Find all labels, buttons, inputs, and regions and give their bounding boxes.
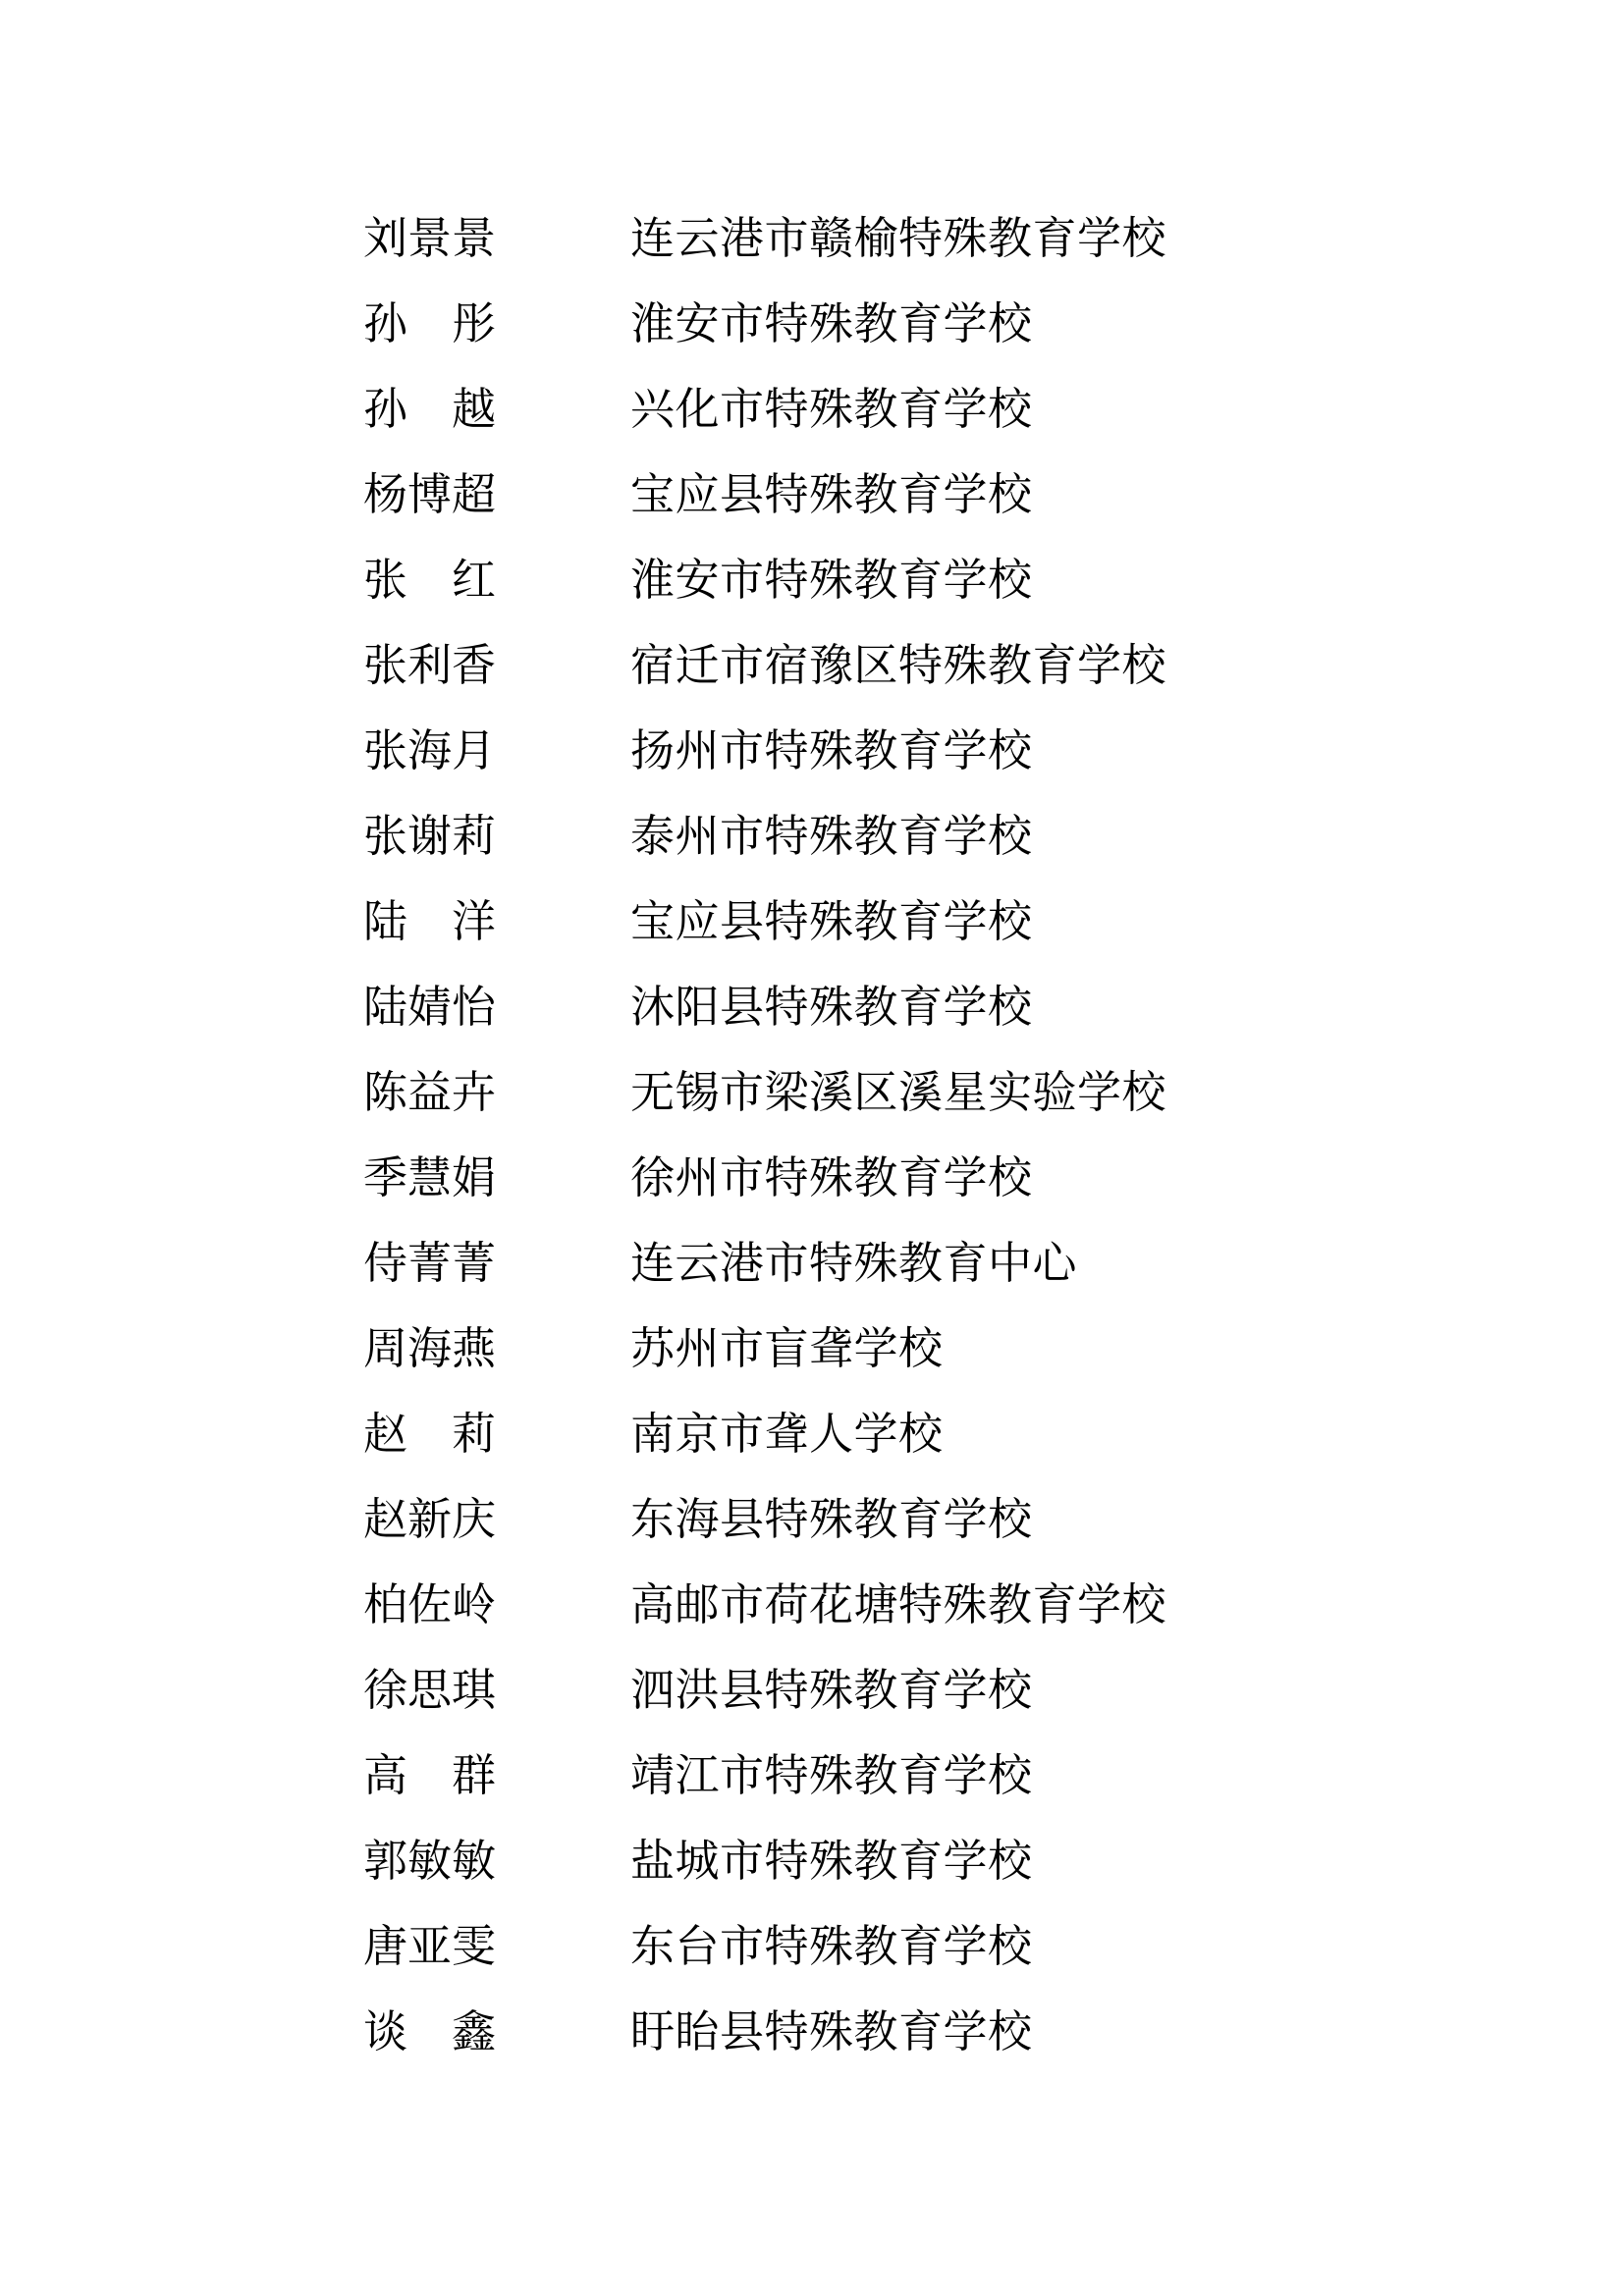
name-character: 佐 (407, 1563, 452, 1648)
name-character: 高 (363, 1734, 407, 1819)
name-character: 月 (452, 709, 496, 794)
name-character: 张 (363, 794, 407, 880)
person-name: 陆婧怡 (363, 965, 496, 1050)
person-name: 侍菁菁 (363, 1221, 496, 1307)
school-name: 南京市聋人学校 (630, 1392, 944, 1477)
name-character: 海 (407, 1307, 452, 1392)
document-page: 刘景景连云港市赣榆特殊教育学校孙彤淮安市特殊教育学校孙越兴化市特殊教育学校杨博超… (0, 0, 1624, 2296)
school-name: 沐阳县特殊教育学校 (630, 965, 1033, 1050)
table-row: 张海月扬州市特殊教育学校 (363, 709, 1166, 794)
person-name: 柏佐岭 (363, 1563, 496, 1648)
school-name: 东海县特殊教育学校 (630, 1477, 1033, 1563)
name-character: 赵 (363, 1392, 407, 1477)
table-row: 孙越兴化市特殊教育学校 (363, 367, 1166, 453)
name-character: 岭 (452, 1563, 496, 1648)
table-row: 郭敏敏盐城市特殊教育学校 (363, 1819, 1166, 1904)
table-row: 陆婧怡沐阳县特殊教育学校 (363, 965, 1166, 1050)
name-character: 杨 (363, 453, 407, 538)
name-character: 菁 (452, 1221, 496, 1307)
person-name: 谈鑫 (363, 1990, 496, 2075)
person-name: 孙彤 (363, 282, 496, 367)
name-character: 柏 (363, 1563, 407, 1648)
school-name: 宿迁市宿豫区特殊教育学校 (630, 623, 1166, 709)
name-character: 郭 (363, 1819, 407, 1904)
name-character: 鑫 (452, 1990, 496, 2075)
name-character: 赵 (363, 1477, 407, 1563)
name-character: 海 (407, 709, 452, 794)
name-character: 菁 (407, 1221, 452, 1307)
name-character: 陈 (363, 1050, 407, 1136)
name-character: 越 (452, 367, 496, 453)
person-name: 赵新庆 (363, 1477, 496, 1563)
school-name: 靖江市特殊教育学校 (630, 1734, 1033, 1819)
school-name: 兴化市特殊教育学校 (630, 367, 1033, 453)
school-name: 盱眙县特殊教育学校 (630, 1990, 1033, 2075)
table-row: 杨博超宝应县特殊教育学校 (363, 453, 1166, 538)
name-character: 娟 (452, 1136, 496, 1221)
person-name: 张红 (363, 538, 496, 623)
school-name: 宝应县特殊教育学校 (630, 453, 1033, 538)
table-row: 谈鑫盱眙县特殊教育学校 (363, 1990, 1166, 2075)
person-name: 周海燕 (363, 1307, 496, 1392)
name-character: 景 (407, 196, 452, 282)
name-character: 张 (363, 538, 407, 623)
person-name: 张谢莉 (363, 794, 496, 880)
table-row: 季慧娟徐州市特殊教育学校 (363, 1136, 1166, 1221)
name-character: 谢 (407, 794, 452, 880)
name-character: 益 (407, 1050, 452, 1136)
name-character: 徐 (363, 1648, 407, 1734)
school-name: 无锡市梁溪区溪星实验学校 (630, 1050, 1166, 1136)
table-row: 徐思琪泗洪县特殊教育学校 (363, 1648, 1166, 1734)
table-row: 张谢莉泰州市特殊教育学校 (363, 794, 1166, 880)
school-name: 徐州市特殊教育学校 (630, 1136, 1033, 1221)
name-character: 燕 (452, 1307, 496, 1392)
name-character: 敏 (452, 1819, 496, 1904)
table-row: 侍菁菁连云港市特殊教育中心 (363, 1221, 1166, 1307)
name-character: 超 (452, 453, 496, 538)
person-name: 张利香 (363, 623, 496, 709)
name-character: 张 (363, 623, 407, 709)
school-name: 东台市特殊教育学校 (630, 1904, 1033, 1990)
name-character: 刘 (363, 196, 407, 282)
person-name: 孙越 (363, 367, 496, 453)
person-name: 赵莉 (363, 1392, 496, 1477)
person-name: 陈益卉 (363, 1050, 496, 1136)
table-row: 赵莉南京市聋人学校 (363, 1392, 1166, 1477)
name-character: 陆 (363, 880, 407, 965)
name-character: 卉 (452, 1050, 496, 1136)
person-name: 徐思琪 (363, 1648, 496, 1734)
name-character: 怡 (452, 965, 496, 1050)
name-character: 莉 (452, 794, 496, 880)
school-name: 泰州市特殊教育学校 (630, 794, 1033, 880)
name-character: 唐 (363, 1904, 407, 1990)
name-character: 孙 (363, 282, 407, 367)
table-row: 高群靖江市特殊教育学校 (363, 1734, 1166, 1819)
name-character: 侍 (363, 1221, 407, 1307)
name-character: 雯 (452, 1904, 496, 1990)
person-name: 季慧娟 (363, 1136, 496, 1221)
person-name: 郭敏敏 (363, 1819, 496, 1904)
school-name: 宝应县特殊教育学校 (630, 880, 1033, 965)
person-name: 张海月 (363, 709, 496, 794)
name-character: 张 (363, 709, 407, 794)
person-name: 杨博超 (363, 453, 496, 538)
table-row: 陈益卉无锡市梁溪区溪星实验学校 (363, 1050, 1166, 1136)
school-name: 扬州市特殊教育学校 (630, 709, 1033, 794)
school-name: 高邮市荷花塘特殊教育学校 (630, 1563, 1166, 1648)
name-character: 慧 (407, 1136, 452, 1221)
table-row: 周海燕苏州市盲聋学校 (363, 1307, 1166, 1392)
name-character: 莉 (452, 1392, 496, 1477)
name-character: 周 (363, 1307, 407, 1392)
person-name: 陆洋 (363, 880, 496, 965)
table-row: 刘景景连云港市赣榆特殊教育学校 (363, 196, 1166, 282)
name-character: 博 (407, 453, 452, 538)
person-name: 唐亚雯 (363, 1904, 496, 1990)
name-character: 孙 (363, 367, 407, 453)
table-row: 陆洋宝应县特殊教育学校 (363, 880, 1166, 965)
name-character: 新 (407, 1477, 452, 1563)
name-character: 琪 (452, 1648, 496, 1734)
table-row: 孙彤淮安市特殊教育学校 (363, 282, 1166, 367)
name-character: 景 (452, 196, 496, 282)
table-row: 张红淮安市特殊教育学校 (363, 538, 1166, 623)
school-name: 盐城市特殊教育学校 (630, 1819, 1033, 1904)
school-name: 泗洪县特殊教育学校 (630, 1648, 1033, 1734)
name-character: 陆 (363, 965, 407, 1050)
school-name: 淮安市特殊教育学校 (630, 282, 1033, 367)
name-character: 谈 (363, 1990, 407, 2075)
name-character: 亚 (407, 1904, 452, 1990)
name-character: 彤 (452, 282, 496, 367)
school-name: 连云港市特殊教育中心 (630, 1221, 1077, 1307)
roster-list: 刘景景连云港市赣榆特殊教育学校孙彤淮安市特殊教育学校孙越兴化市特殊教育学校杨博超… (363, 196, 1166, 2075)
table-row: 柏佐岭高邮市荷花塘特殊教育学校 (363, 1563, 1166, 1648)
school-name: 连云港市赣榆特殊教育学校 (630, 196, 1166, 282)
table-row: 张利香宿迁市宿豫区特殊教育学校 (363, 623, 1166, 709)
person-name: 高群 (363, 1734, 496, 1819)
name-character: 洋 (452, 880, 496, 965)
table-row: 赵新庆东海县特殊教育学校 (363, 1477, 1166, 1563)
name-character: 敏 (407, 1819, 452, 1904)
name-character: 利 (407, 623, 452, 709)
name-character: 红 (452, 538, 496, 623)
name-character: 庆 (452, 1477, 496, 1563)
name-character: 季 (363, 1136, 407, 1221)
name-character: 思 (407, 1648, 452, 1734)
name-character: 香 (452, 623, 496, 709)
table-row: 唐亚雯东台市特殊教育学校 (363, 1904, 1166, 1990)
person-name: 刘景景 (363, 196, 496, 282)
name-character: 群 (452, 1734, 496, 1819)
school-name: 苏州市盲聋学校 (630, 1307, 944, 1392)
name-character: 婧 (407, 965, 452, 1050)
school-name: 淮安市特殊教育学校 (630, 538, 1033, 623)
